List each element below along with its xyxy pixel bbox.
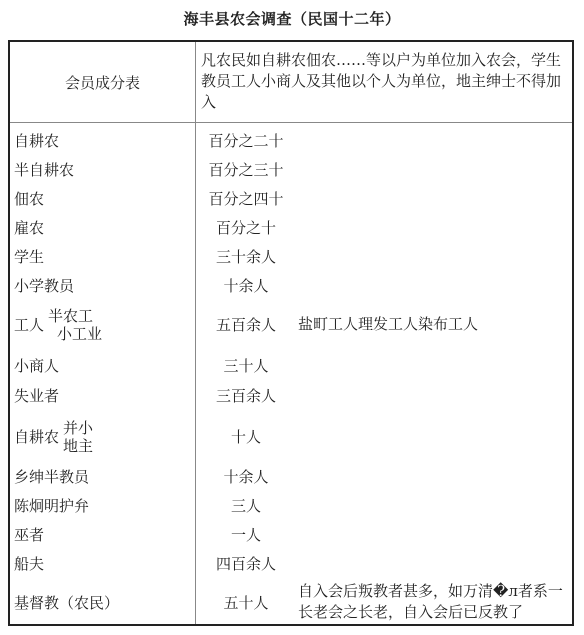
- category-cell: 佃农: [14, 184, 44, 213]
- table-row: 雇农 百分之十: [10, 213, 572, 242]
- category-label: 工人: [14, 314, 44, 335]
- category-cell: 船夫: [14, 549, 44, 578]
- table-row: 小商人 三十人: [10, 351, 572, 380]
- table-row: 自耕农 百分之二十: [10, 126, 572, 155]
- count-cell: 百分之三十: [196, 155, 296, 184]
- category-cell: 自耕农: [14, 126, 59, 155]
- count-cell: 一人: [196, 520, 296, 549]
- subcategory-label: 地主: [63, 437, 93, 455]
- category-cell: 小商人: [14, 351, 59, 380]
- table-row: 船夫 四百余人: [10, 549, 572, 578]
- count-cell: 百分之四十: [196, 184, 296, 213]
- membership-table: 会员成分表 凡农民如自耕农佃农……等以户为单位加入农会，学生教员工人小商人及其他…: [8, 40, 574, 626]
- category-cell: 学生: [14, 242, 44, 271]
- count-cell: 十余人: [196, 271, 296, 300]
- table-row: 失业者 三百余人: [10, 381, 572, 410]
- count-cell: 百分之二十: [196, 126, 296, 155]
- category-cell: 基督教（农民）: [14, 579, 119, 625]
- count-cell: 十余人: [196, 462, 296, 491]
- subcategory-label: 小工业: [48, 325, 102, 343]
- note-cell: 自入会后叛教者甚多，如万清�л者系一长老会之长老，自入会后已反教了: [298, 579, 568, 625]
- table-row: 佃农 百分之四十: [10, 184, 572, 213]
- category-cell: 小学教员: [14, 271, 74, 300]
- table-row: 工人 半农工 小工业 五百余人 盐町工人理发工人染布工人: [10, 302, 572, 347]
- table-row: 学生 三十余人: [10, 242, 572, 271]
- table-row: 半自耕农 百分之三十: [10, 155, 572, 184]
- category-cell: 失业者: [14, 381, 59, 410]
- subcategory-label: 并小: [63, 419, 93, 437]
- count-cell: 三十余人: [196, 242, 296, 271]
- category-label: 自耕农: [14, 426, 59, 447]
- category-cell: 自耕农 并小 地主: [14, 414, 93, 459]
- category-cell: 工人 半农工 小工业: [14, 302, 102, 347]
- header-left-cell: 会员成分表: [10, 42, 195, 122]
- count-cell: 五百余人: [196, 302, 296, 347]
- table-row: 自耕农 并小 地主 十人: [10, 414, 572, 459]
- note-cell: 盐町工人理发工人染布工人: [298, 302, 568, 347]
- table-row: 乡绅半教员 十余人: [10, 462, 572, 491]
- document-title: 海丰县农会调查（民国十二年）: [0, 8, 584, 29]
- count-cell: 三人: [196, 491, 296, 520]
- category-cell: 乡绅半教员: [14, 462, 89, 491]
- count-cell: 三百余人: [196, 381, 296, 410]
- category-cell: 雇农: [14, 213, 44, 242]
- count-cell: 五十人: [196, 579, 296, 625]
- category-cell: 巫者: [14, 520, 44, 549]
- category-cell: 半自耕农: [14, 155, 74, 184]
- table-row: 陈炯明护弁 三人: [10, 491, 572, 520]
- count-cell: 四百余人: [196, 549, 296, 578]
- subcategory-label: 半农工: [48, 307, 102, 325]
- count-cell: 三十人: [196, 351, 296, 380]
- category-cell: 陈炯明护弁: [14, 491, 89, 520]
- count-cell: 百分之十: [196, 213, 296, 242]
- subcategory-stack: 半农工 小工业: [48, 307, 102, 343]
- subcategory-stack: 并小 地主: [63, 419, 93, 455]
- table-row: 小学教员 十余人: [10, 271, 572, 300]
- count-cell: 十人: [196, 414, 296, 459]
- header-divider: [10, 122, 572, 123]
- header-right-cell: 凡农民如自耕农佃农……等以户为单位加入农会，学生教员工人小商人及其他以个人为单位…: [201, 50, 573, 113]
- table-row: 巫者 一人: [10, 520, 572, 549]
- table-row: 基督教（农民） 五十人 自入会后叛教者甚多，如万清�л者系一长老会之长老，自入会…: [10, 579, 572, 625]
